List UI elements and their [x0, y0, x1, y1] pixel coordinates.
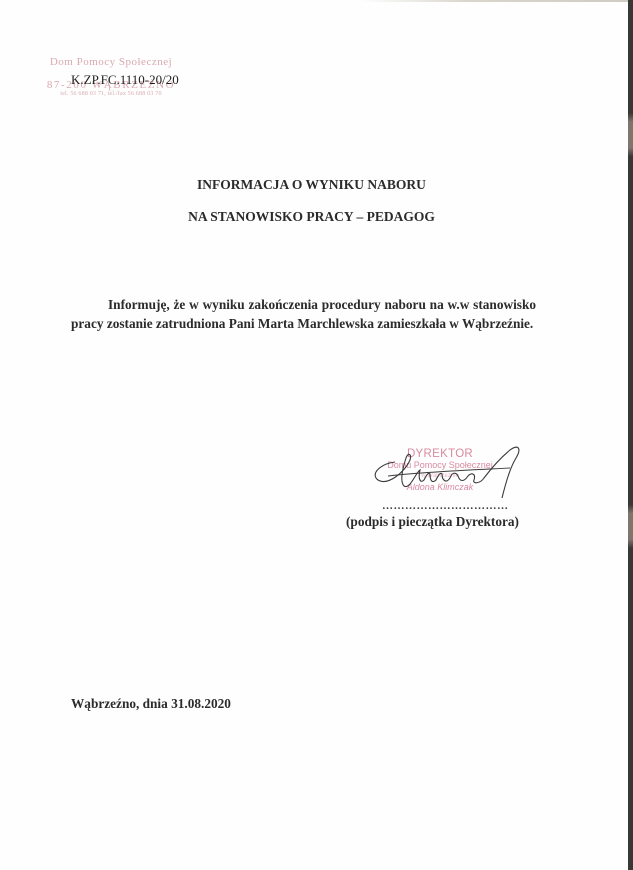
handwritten-signature-icon [360, 442, 535, 502]
document-title: INFORMACJA O WYNIKU NABORU [0, 177, 628, 193]
scan-artifact-edge [628, 0, 633, 870]
body-paragraph: Informuję, że w wyniku zakończenia proce… [71, 295, 536, 333]
place-and-date: Wąbrzeźno, dnia 31.08.2020 [71, 696, 231, 712]
issuer-stamp-line4: tel. 56 688 03 71, tel./fax 56 688 03 70 [36, 91, 186, 97]
issuer-stamp-line1: Dom Pomocy Społecznej [36, 56, 186, 68]
signature-dotted-line: …………………………… [382, 500, 509, 512]
signature-caption: (podpis i pieczątka Dyrektora) [346, 514, 519, 530]
document-subtitle: NA STANOWISKO PRACY – PEDAGOG [0, 209, 628, 225]
reference-number: K.ZP.FC.1110-20/20 [71, 72, 179, 88]
scan-artifact-top [360, 0, 628, 2]
signature-block: DYREKTOR Domu Pomocy Społecznej w Wąbrze… [340, 448, 540, 538]
